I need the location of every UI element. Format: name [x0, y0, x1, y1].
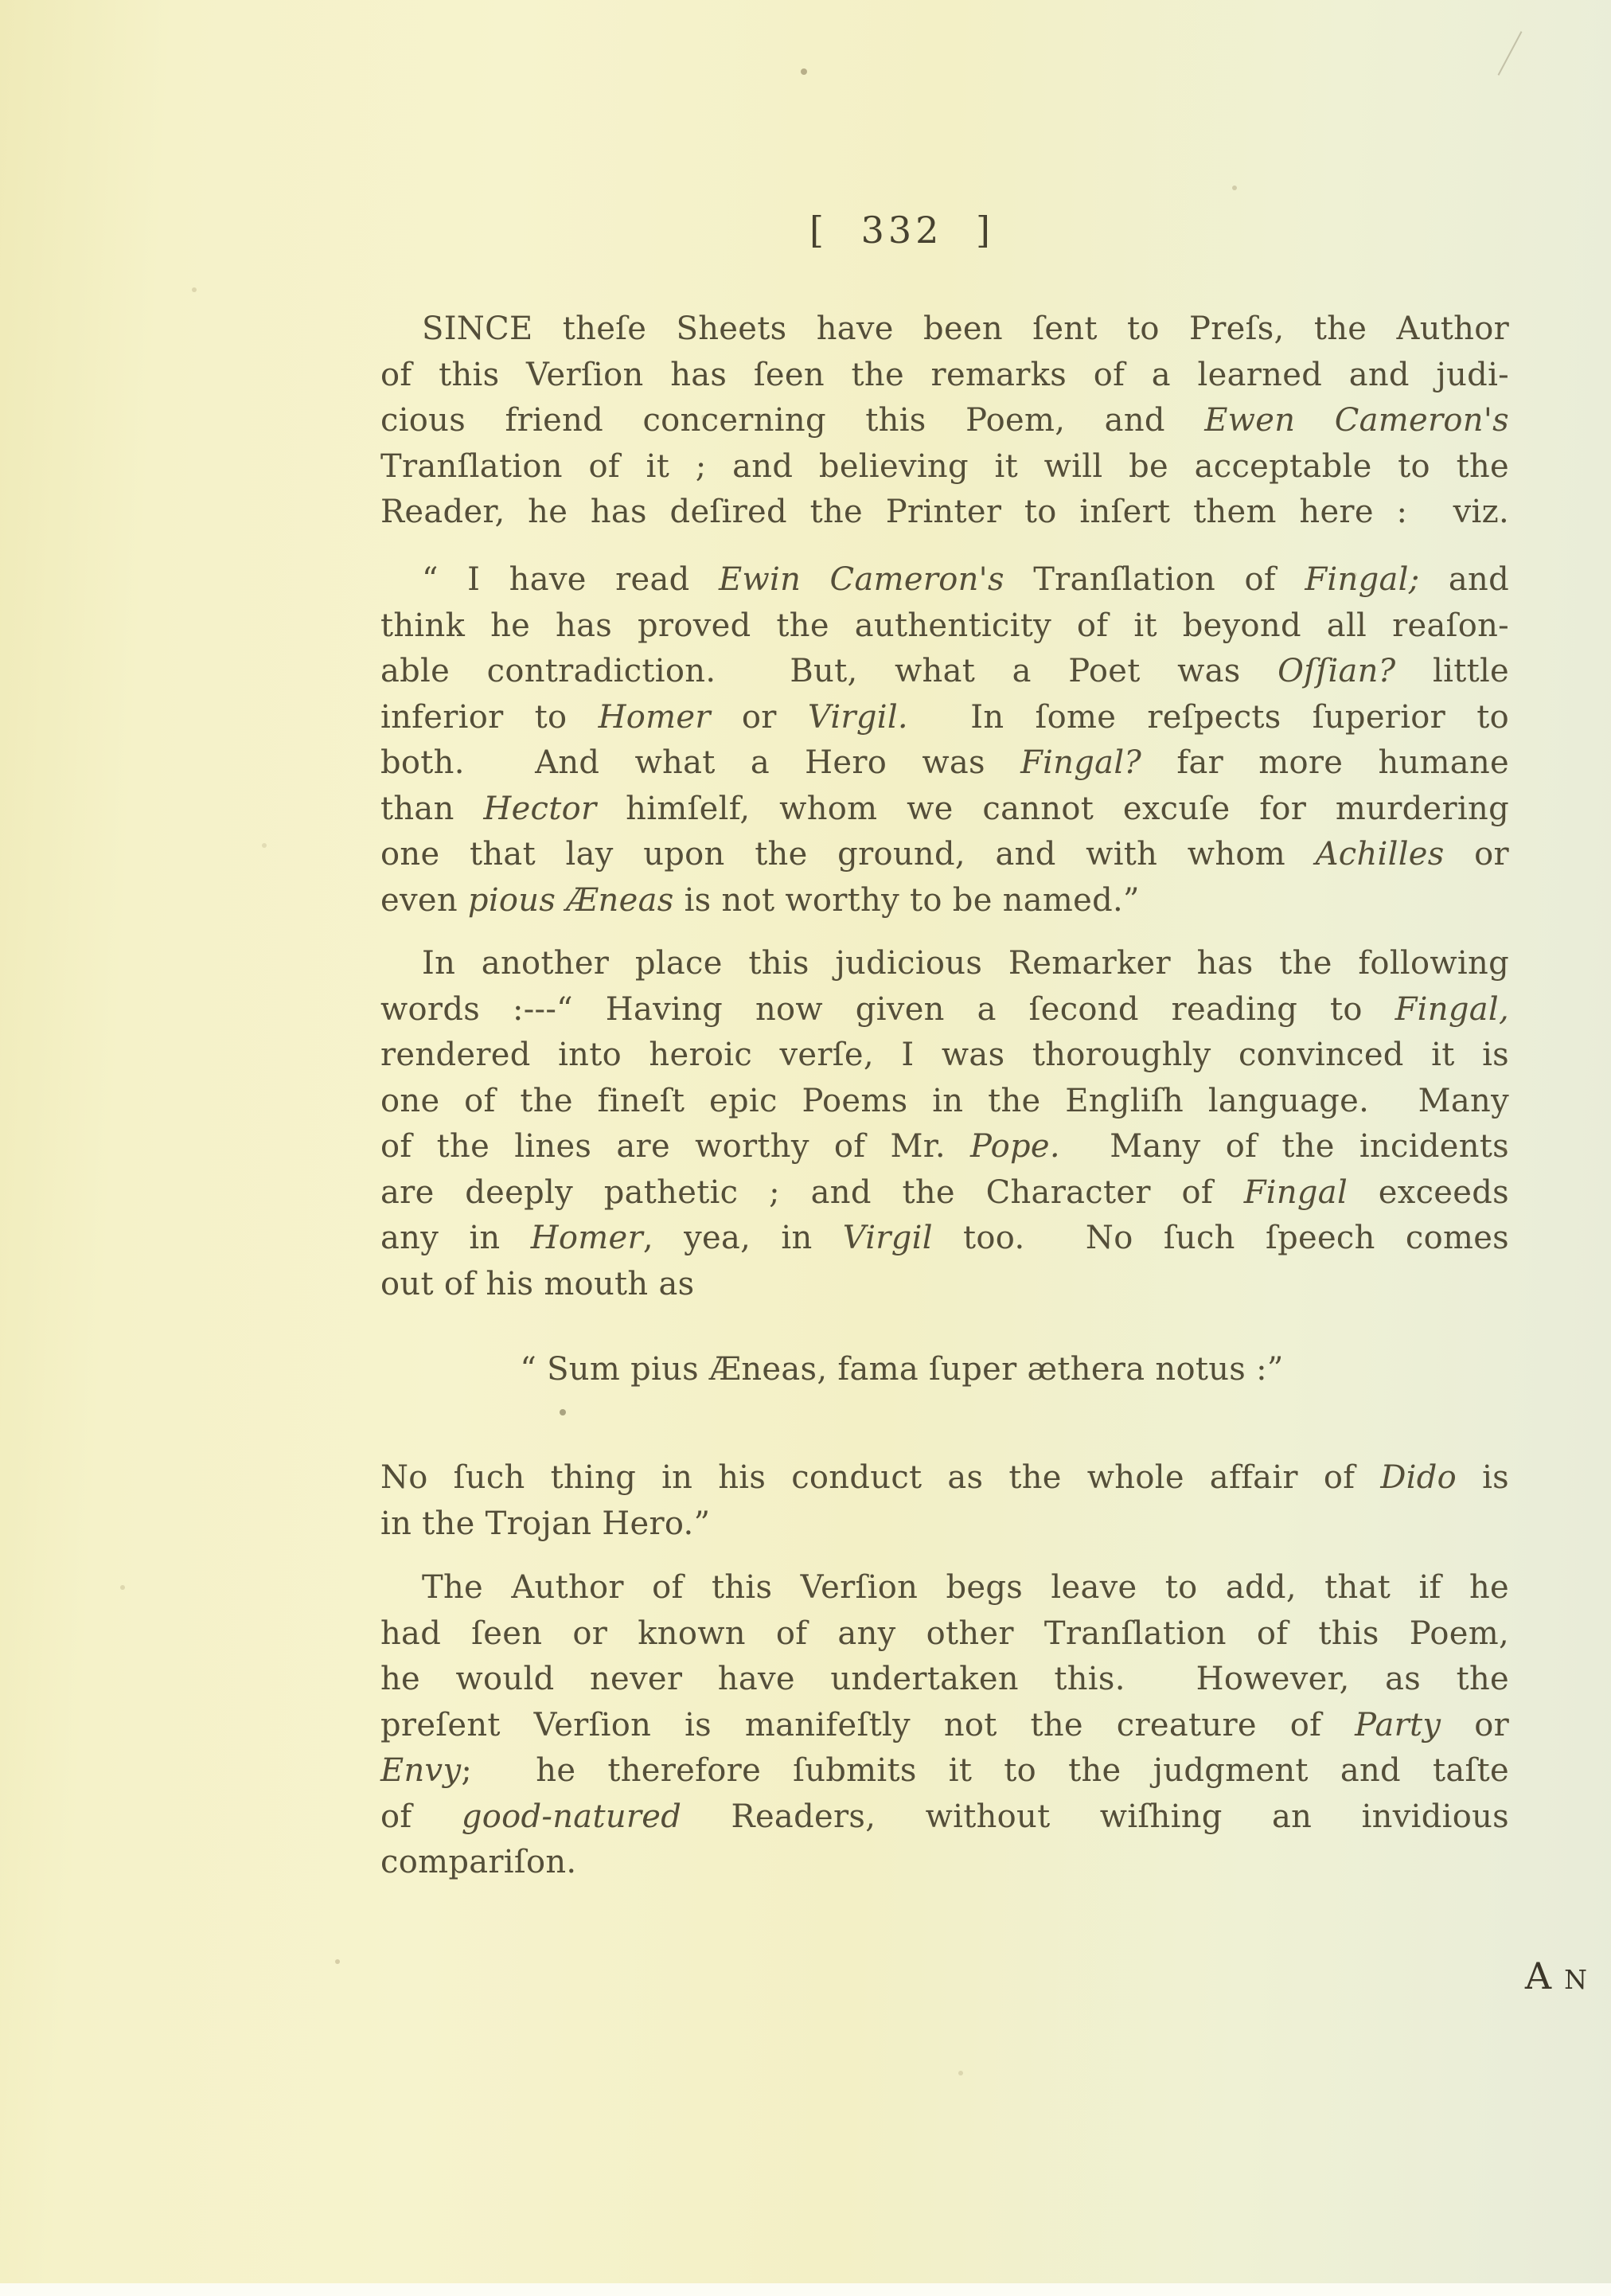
italic-run: Virgil: [843, 1220, 933, 1256]
paper-specks: [0, 0, 3, 3]
roman-run: compariſon.: [380, 1844, 576, 1880]
para-2: “ I have read Ewin Cameron's Tranſlation…: [380, 557, 1509, 923]
text-line: In another place this judicious Remarker…: [380, 941, 1509, 987]
roman-run: “ I have read: [422, 561, 719, 598]
text-line: one that lay upon the ground, and with w…: [380, 832, 1509, 878]
roman-run: Tranſlation of: [1004, 561, 1305, 598]
italic-run: Dido: [1380, 1459, 1457, 1496]
roman-run: of: [380, 1798, 462, 1835]
text-line: cious friend concerning this Poem, and E…: [380, 398, 1509, 444]
italic-run: Party: [1355, 1707, 1441, 1743]
roman-run: and: [1420, 561, 1510, 598]
italic-run: Virgil.: [808, 699, 908, 736]
italic-run: Fingal: [1244, 1174, 1348, 1211]
text-line: even pious Æneas is not worthy to be nam…: [380, 878, 1509, 924]
roman-run: preſent Verſion is manifeſtly not the cr…: [380, 1707, 1355, 1743]
italic-run: Homer: [599, 699, 711, 736]
text-line: SINCE theſe Sheets have been ſent to Pre…: [380, 307, 1509, 353]
roman-run: any in: [380, 1220, 531, 1256]
roman-run: he would never have undertaken this. How…: [380, 1661, 1509, 1697]
scan-scratch-mark: [1498, 31, 1523, 76]
catchword-large-letter: A: [1525, 1954, 1551, 1997]
roman-run: out of his mouth as: [380, 1266, 694, 1302]
roman-run: of this Verſion has ſeen the remarks of …: [380, 357, 1509, 393]
roman-run: is: [1457, 1459, 1509, 1496]
roman-run: SINCE theſe Sheets have been ſent to Pre…: [422, 310, 1509, 347]
text-line: rendered into heroic verſe, I was thorou…: [380, 1033, 1509, 1079]
roman-run: are deeply pathetic ; and the Character …: [380, 1174, 1244, 1211]
text-line: able contradiction. But, what a Poet was…: [380, 649, 1509, 695]
italic-run: Fingal;: [1305, 561, 1419, 598]
roman-run: Readers, without wiſhing an invidious: [681, 1798, 1509, 1835]
text-line: Envy; he therefore ſubmits it to the jud…: [380, 1748, 1509, 1794]
roman-run: ; he therefore ſubmits it to the judgmen…: [461, 1752, 1509, 1789]
roman-run: Many of the incidents: [1060, 1128, 1509, 1165]
italic-run: Pope.: [970, 1128, 1060, 1165]
text-line: Reader, he has deſired the Printer to in…: [380, 490, 1509, 536]
roman-run: able contradiction. But, what a Poet was: [380, 653, 1277, 689]
catchword-small-letter: N: [1564, 1964, 1587, 1995]
roman-run: In another place this judicious Remarker…: [422, 945, 1509, 982]
text-line: The Author of this Verſion begs leave to…: [380, 1565, 1509, 1611]
para-4: No ſuch thing in his conduct as the whol…: [380, 1455, 1509, 1547]
roman-run: one that lay upon the ground, and with w…: [380, 836, 1316, 873]
italic-run: Envy: [380, 1752, 461, 1789]
roman-run: or: [711, 699, 808, 736]
roman-run: , yea, in: [643, 1220, 843, 1256]
text-line: words :---“ Having now given a ſecond re…: [380, 987, 1509, 1033]
roman-run: words :---“ Having now given a ſecond re…: [380, 991, 1395, 1028]
text-line: “ Sum pius Æneas, fama ſuper æthera notu…: [337, 1347, 1466, 1393]
roman-run: or: [1441, 1707, 1509, 1743]
roman-run: think he has proved the authenticity of …: [380, 607, 1509, 644]
scan-edge-strip: [0, 2283, 1611, 2296]
roman-run: or: [1445, 836, 1509, 873]
roman-run: one of the fineſt epic Poems in the Engl…: [380, 1083, 1509, 1119]
roman-run: too. No ſuch ſpeech comes: [933, 1220, 1509, 1256]
roman-run: than: [380, 791, 483, 827]
italic-run: good-natured: [462, 1798, 681, 1835]
page-number-header: [ 332 ]: [337, 209, 1466, 252]
italic-run: Achilles: [1316, 836, 1445, 873]
roman-run: himſelf, whom we cannot excuſe for murde…: [596, 791, 1509, 827]
roman-run: cious friend concerning this Poem, and: [380, 402, 1204, 439]
text-line: out of his mouth as: [380, 1262, 1509, 1308]
roman-run: Reader, he has deſired the Printer to in…: [380, 494, 1509, 530]
text-line: are deeply pathetic ; and the Character …: [380, 1170, 1509, 1216]
text-line: of this Verſion has ſeen the remarks of …: [380, 353, 1509, 399]
text-line: inferior to Homer or Virgil. In ſome reſ…: [380, 695, 1509, 741]
text-line: No ſuch thing in his conduct as the whol…: [380, 1455, 1509, 1501]
text-line: preſent Verſion is manifeſtly not the cr…: [380, 1703, 1509, 1749]
catchword: AN: [1525, 1954, 1587, 1997]
roman-run: “ Sum pius Æneas, fama ſuper æthera notu…: [520, 1351, 1283, 1388]
text-line: of good-natured Readers, without wiſhing…: [380, 1794, 1509, 1841]
roman-run: No ſuch thing in his conduct as the whol…: [380, 1459, 1380, 1496]
roman-run: In ſome reſpects ſuperior to: [908, 699, 1509, 736]
para-5: The Author of this Verſion begs leave to…: [380, 1565, 1509, 1886]
roman-run: is not worthy to be named.”: [674, 882, 1140, 919]
latin-quote: “ Sum pius Æneas, fama ſuper æthera notu…: [380, 1347, 1509, 1393]
italic-run: Homer: [531, 1220, 643, 1256]
roman-run: far more humane: [1141, 744, 1509, 781]
text-line: compariſon.: [380, 1840, 1509, 1886]
text-line: than Hector himſelf, whom we cannot excu…: [380, 787, 1509, 833]
italic-run: pious Æneas: [468, 882, 674, 919]
roman-run: even: [380, 882, 468, 919]
text-line: one of the fineſt epic Poems in the Engl…: [380, 1079, 1509, 1125]
text-line: any in Homer, yea, in Virgil too. No ſuc…: [380, 1216, 1509, 1262]
text-line: “ I have read Ewin Cameron's Tranſlation…: [380, 557, 1509, 603]
italic-run: Fingal?: [1020, 744, 1141, 781]
italic-run: Fingal,: [1395, 991, 1509, 1028]
text-line: Tranſlation of it ; and believing it wil…: [380, 444, 1509, 490]
italic-run: Oſſian?: [1277, 653, 1395, 689]
text-line: he would never have undertaken this. How…: [380, 1657, 1509, 1703]
roman-run: The Author of this Verſion begs leave to…: [422, 1569, 1509, 1606]
book-page: [ 332 ] SINCE theſe Sheets have been ſen…: [0, 0, 1611, 2296]
roman-run: inferior to: [380, 699, 599, 736]
italic-run: Ewen Cameron's: [1204, 402, 1509, 439]
text-line: had ſeen or known of any other Tranſlati…: [380, 1611, 1509, 1658]
roman-run: had ſeen or known of any other Tranſlati…: [380, 1615, 1509, 1652]
para-3: In another place this judicious Remarker…: [380, 941, 1509, 1307]
italic-run: Ewin Cameron's: [719, 561, 1004, 598]
roman-run: rendered into heroic verſe, I was thorou…: [380, 1037, 1509, 1073]
roman-run: both. And what a Hero was: [380, 744, 1020, 781]
text-line: in the Trojan Hero.”: [380, 1501, 1509, 1548]
roman-run: of the lines are worthy of Mr.: [380, 1128, 970, 1165]
roman-run: little: [1396, 653, 1510, 689]
text-line: of the lines are worthy of Mr. Pope. Man…: [380, 1124, 1509, 1170]
italic-run: Hector: [483, 791, 596, 827]
text-line: both. And what a Hero was Fingal? far mo…: [380, 740, 1509, 787]
roman-run: in the Trojan Hero.”: [380, 1505, 710, 1542]
text-line: think he has proved the authenticity of …: [380, 603, 1509, 650]
roman-run: Tranſlation of it ; and believing it wil…: [380, 448, 1509, 485]
para-1: SINCE theſe Sheets have been ſent to Pre…: [380, 307, 1509, 536]
roman-run: exceeds: [1348, 1174, 1509, 1211]
